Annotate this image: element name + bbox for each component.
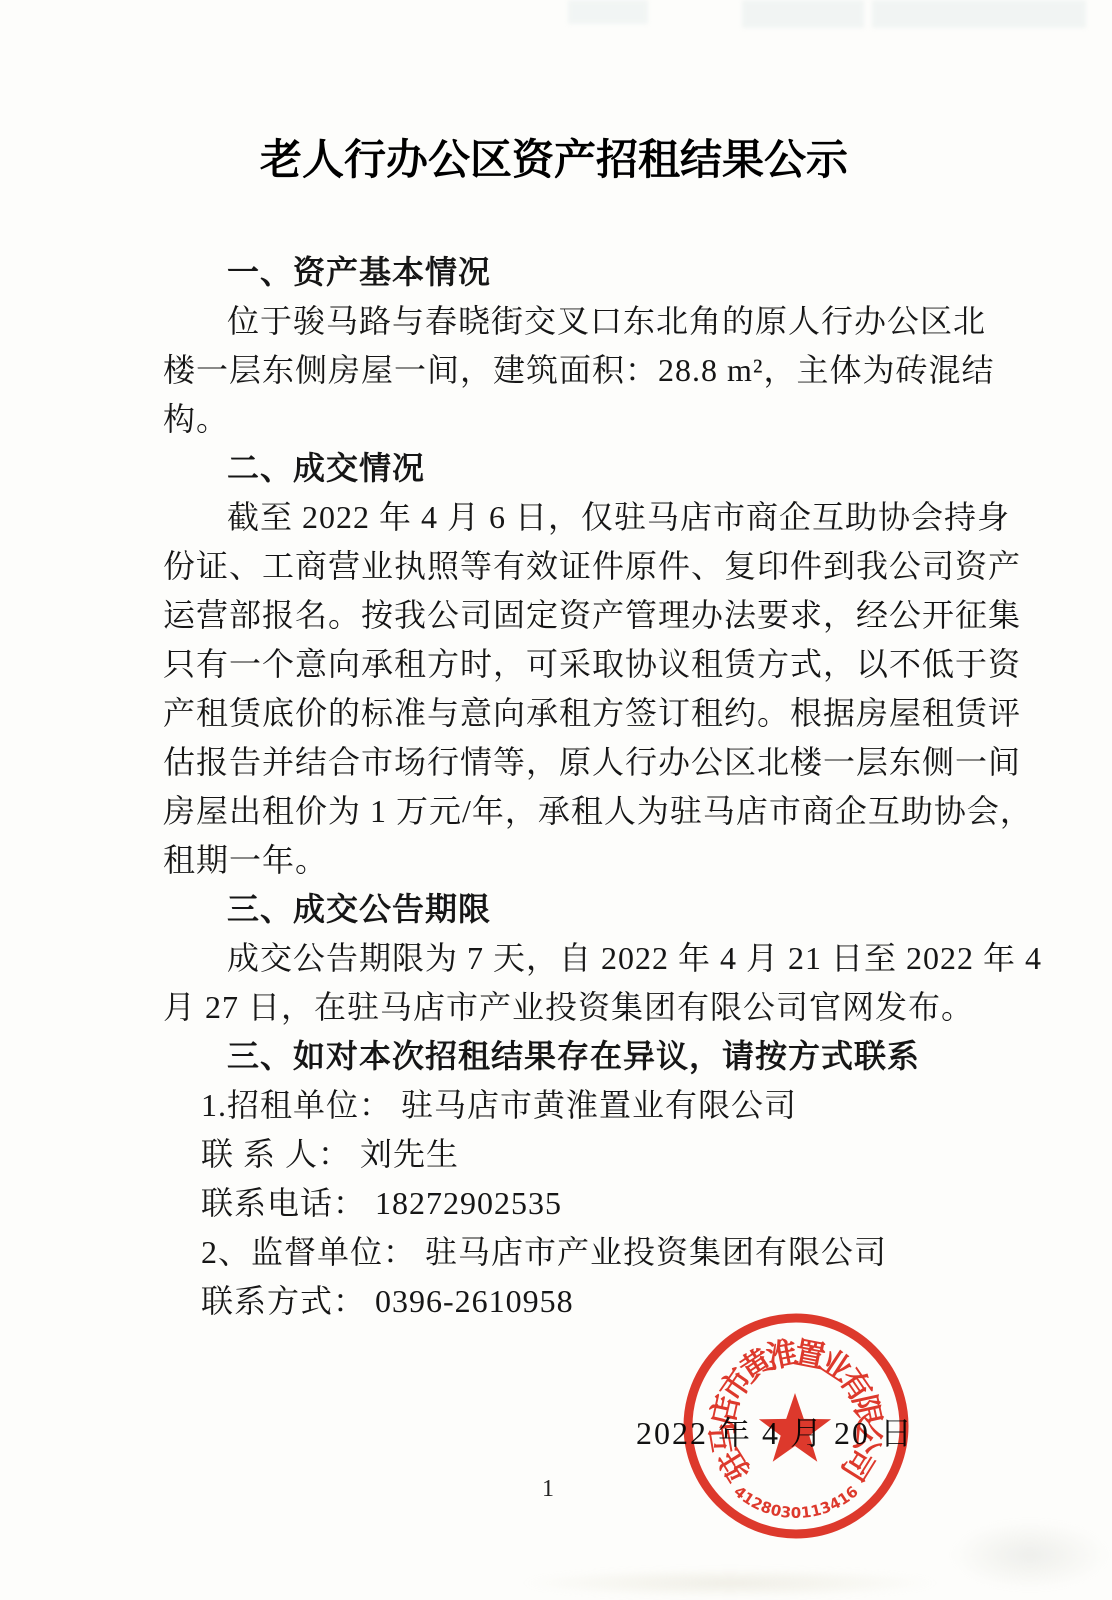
scan-artifact	[872, 0, 1086, 28]
paragraph-line: 位于骏马路与春晓街交叉口东北角的原人行办公区北	[163, 297, 945, 346]
contact-line-leasing-unit: 1.招租单位： 驻马店市黄淮置业有限公司	[163, 1081, 945, 1130]
contact-line-phone: 联系电话： 18272902535	[163, 1179, 945, 1228]
paragraph-line: 只有一个意向承租方时，可采取协议租赁方式，以不低于资	[163, 640, 945, 689]
paragraph-line: 月 27 日，在驻马店市产业投资集团有限公司官网发布。	[163, 983, 945, 1032]
seal-number-text: 4128030113416	[730, 1482, 861, 1522]
paragraph-line: 份证、工商营业执照等有效证件原件、复印件到我公司资产	[163, 542, 945, 591]
contact-line-person: 联 系 人： 刘先生	[163, 1130, 945, 1179]
scan-smudge	[950, 1520, 1110, 1590]
contact-line-supervisor-unit: 2、监督单位： 驻马店市产业投资集团有限公司	[163, 1228, 945, 1277]
section-heading-2: 二、成交情况	[163, 444, 945, 493]
company-seal: 驻马店市黄淮置业有限公司 4128030113416	[646, 1276, 946, 1576]
scan-artifact	[568, 0, 648, 24]
paragraph-line: 产租赁底价的标准与意向承租方签订租约。根据房屋租赁评	[163, 689, 945, 738]
section-heading-1: 一、资产基本情况	[163, 248, 945, 297]
paragraph-line: 楼一层东侧房屋一间，建筑面积：28.8 m²，主体为砖混结	[163, 346, 945, 395]
paragraph-line: 租期一年。	[163, 836, 945, 885]
section-heading-4: 三、如对本次招租结果存在异议，请按方式联系	[163, 1032, 945, 1081]
seal-star	[759, 1393, 831, 1462]
scan-artifact	[742, 0, 864, 28]
paragraph-line: 运营部报名。按我公司固定资产管理办法要求，经公开征集	[163, 591, 945, 640]
paragraph-line: 房屋出租价为 1 万元/年，承租人为驻马店市商企互助协会，	[163, 787, 945, 836]
paragraph-line: 截至 2022 年 4 月 6 日，仅驻马店市商企互助协会持身	[163, 493, 945, 542]
paragraph-line: 构。	[163, 395, 945, 444]
document-title: 老人行办公区资产招租结果公示	[163, 130, 945, 192]
section-heading-3: 三、成交公告期限	[163, 885, 945, 934]
document-content: 老人行办公区资产招租结果公示 一、资产基本情况 位于骏马路与春晓街交叉口东北角的…	[163, 130, 945, 1326]
paragraph-line: 成交公告期限为 7 天，自 2022 年 4 月 21 日至 2022 年 4	[163, 934, 945, 983]
paragraph-line: 估报告并结合市场行情等，原人行办公区北楼一层东侧一间	[163, 738, 945, 787]
document-page: 老人行办公区资产招租结果公示 一、资产基本情况 位于骏马路与春晓街交叉口东北角的…	[0, 0, 1112, 1600]
